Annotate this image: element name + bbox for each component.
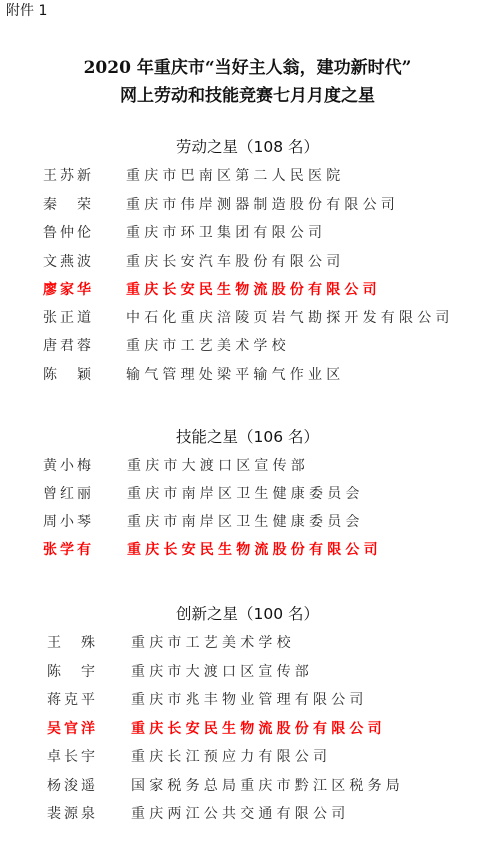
- organization-name: 重庆市南岸区卫生健康委员会: [127, 511, 364, 533]
- person-name: 陈 颖: [43, 364, 94, 386]
- organization-name: 重庆市兆丰物业管理有限公司: [131, 689, 368, 711]
- section-heading-innovation: 创新之星（100 名）: [0, 603, 495, 625]
- organization-name: 重庆长安民生物流股份有限公司: [127, 539, 382, 561]
- person-name: 卓长宇: [47, 746, 98, 768]
- organization-name: 国家税务总局重庆市黔江区税务局: [131, 775, 404, 797]
- organization-name: 重庆市南岸区卫生健康委员会: [127, 483, 364, 505]
- organization-name: 重庆长安汽车股份有限公司: [126, 251, 344, 273]
- organization-name: 重庆长安民生物流股份有限公司: [126, 279, 381, 301]
- person-name: 廖家华: [43, 279, 94, 301]
- section-heading-skill: 技能之星（106 名）: [0, 426, 495, 448]
- document-title-line-1: 2020 年重庆市“当好主人翁，建功新时代”: [0, 55, 495, 82]
- person-name: 周小琴: [43, 511, 94, 533]
- person-name: 吴官洋: [47, 718, 98, 740]
- person-name: 张学有: [43, 539, 94, 561]
- person-name: 蒋克平: [47, 689, 98, 711]
- organization-name: 重庆市工艺美术学校: [131, 632, 295, 654]
- person-name: 裴源泉: [47, 803, 98, 825]
- attachment-label: 附件 1: [6, 2, 47, 20]
- organization-name: 重庆市工艺美术学校: [126, 335, 290, 357]
- person-name: 黄小梅: [43, 455, 94, 477]
- organization-name: 重庆长安民生物流股份有限公司: [131, 718, 386, 740]
- person-name: 秦 荣: [43, 194, 94, 216]
- person-name: 杨浚遥: [47, 775, 98, 797]
- person-name: 陈 宇: [47, 661, 98, 683]
- person-name: 曾红丽: [43, 483, 94, 505]
- person-name: 张正道: [43, 307, 94, 329]
- person-name: 王苏新: [43, 165, 94, 187]
- person-name: 文燕波: [43, 251, 94, 273]
- person-name: 王 殊: [47, 632, 98, 654]
- organization-name: 重庆市巴南区第二人民医院: [126, 165, 344, 187]
- organization-name: 中石化重庆涪陵页岩气勘探开发有限公司: [126, 307, 454, 329]
- organization-name: 重庆市伟岸测器制造股份有限公司: [126, 194, 399, 216]
- person-name: 唐君蓉: [43, 335, 94, 357]
- organization-name: 重庆长江预应力有限公司: [131, 746, 331, 768]
- organization-name: 重庆市环卫集团有限公司: [126, 222, 326, 244]
- section-heading-labor: 劳动之星（108 名）: [0, 136, 495, 158]
- organization-name: 重庆两江公共交通有限公司: [131, 803, 349, 825]
- document-title-line-2: 网上劳动和技能竞赛七月月度之星: [0, 83, 495, 110]
- person-name: 鲁仲伦: [43, 222, 94, 244]
- organization-name: 输气管理处梁平输气作业区: [126, 364, 344, 386]
- organization-name: 重庆市大渡口区宣传部: [131, 661, 313, 683]
- organization-name: 重庆市大渡口区宣传部: [127, 455, 309, 477]
